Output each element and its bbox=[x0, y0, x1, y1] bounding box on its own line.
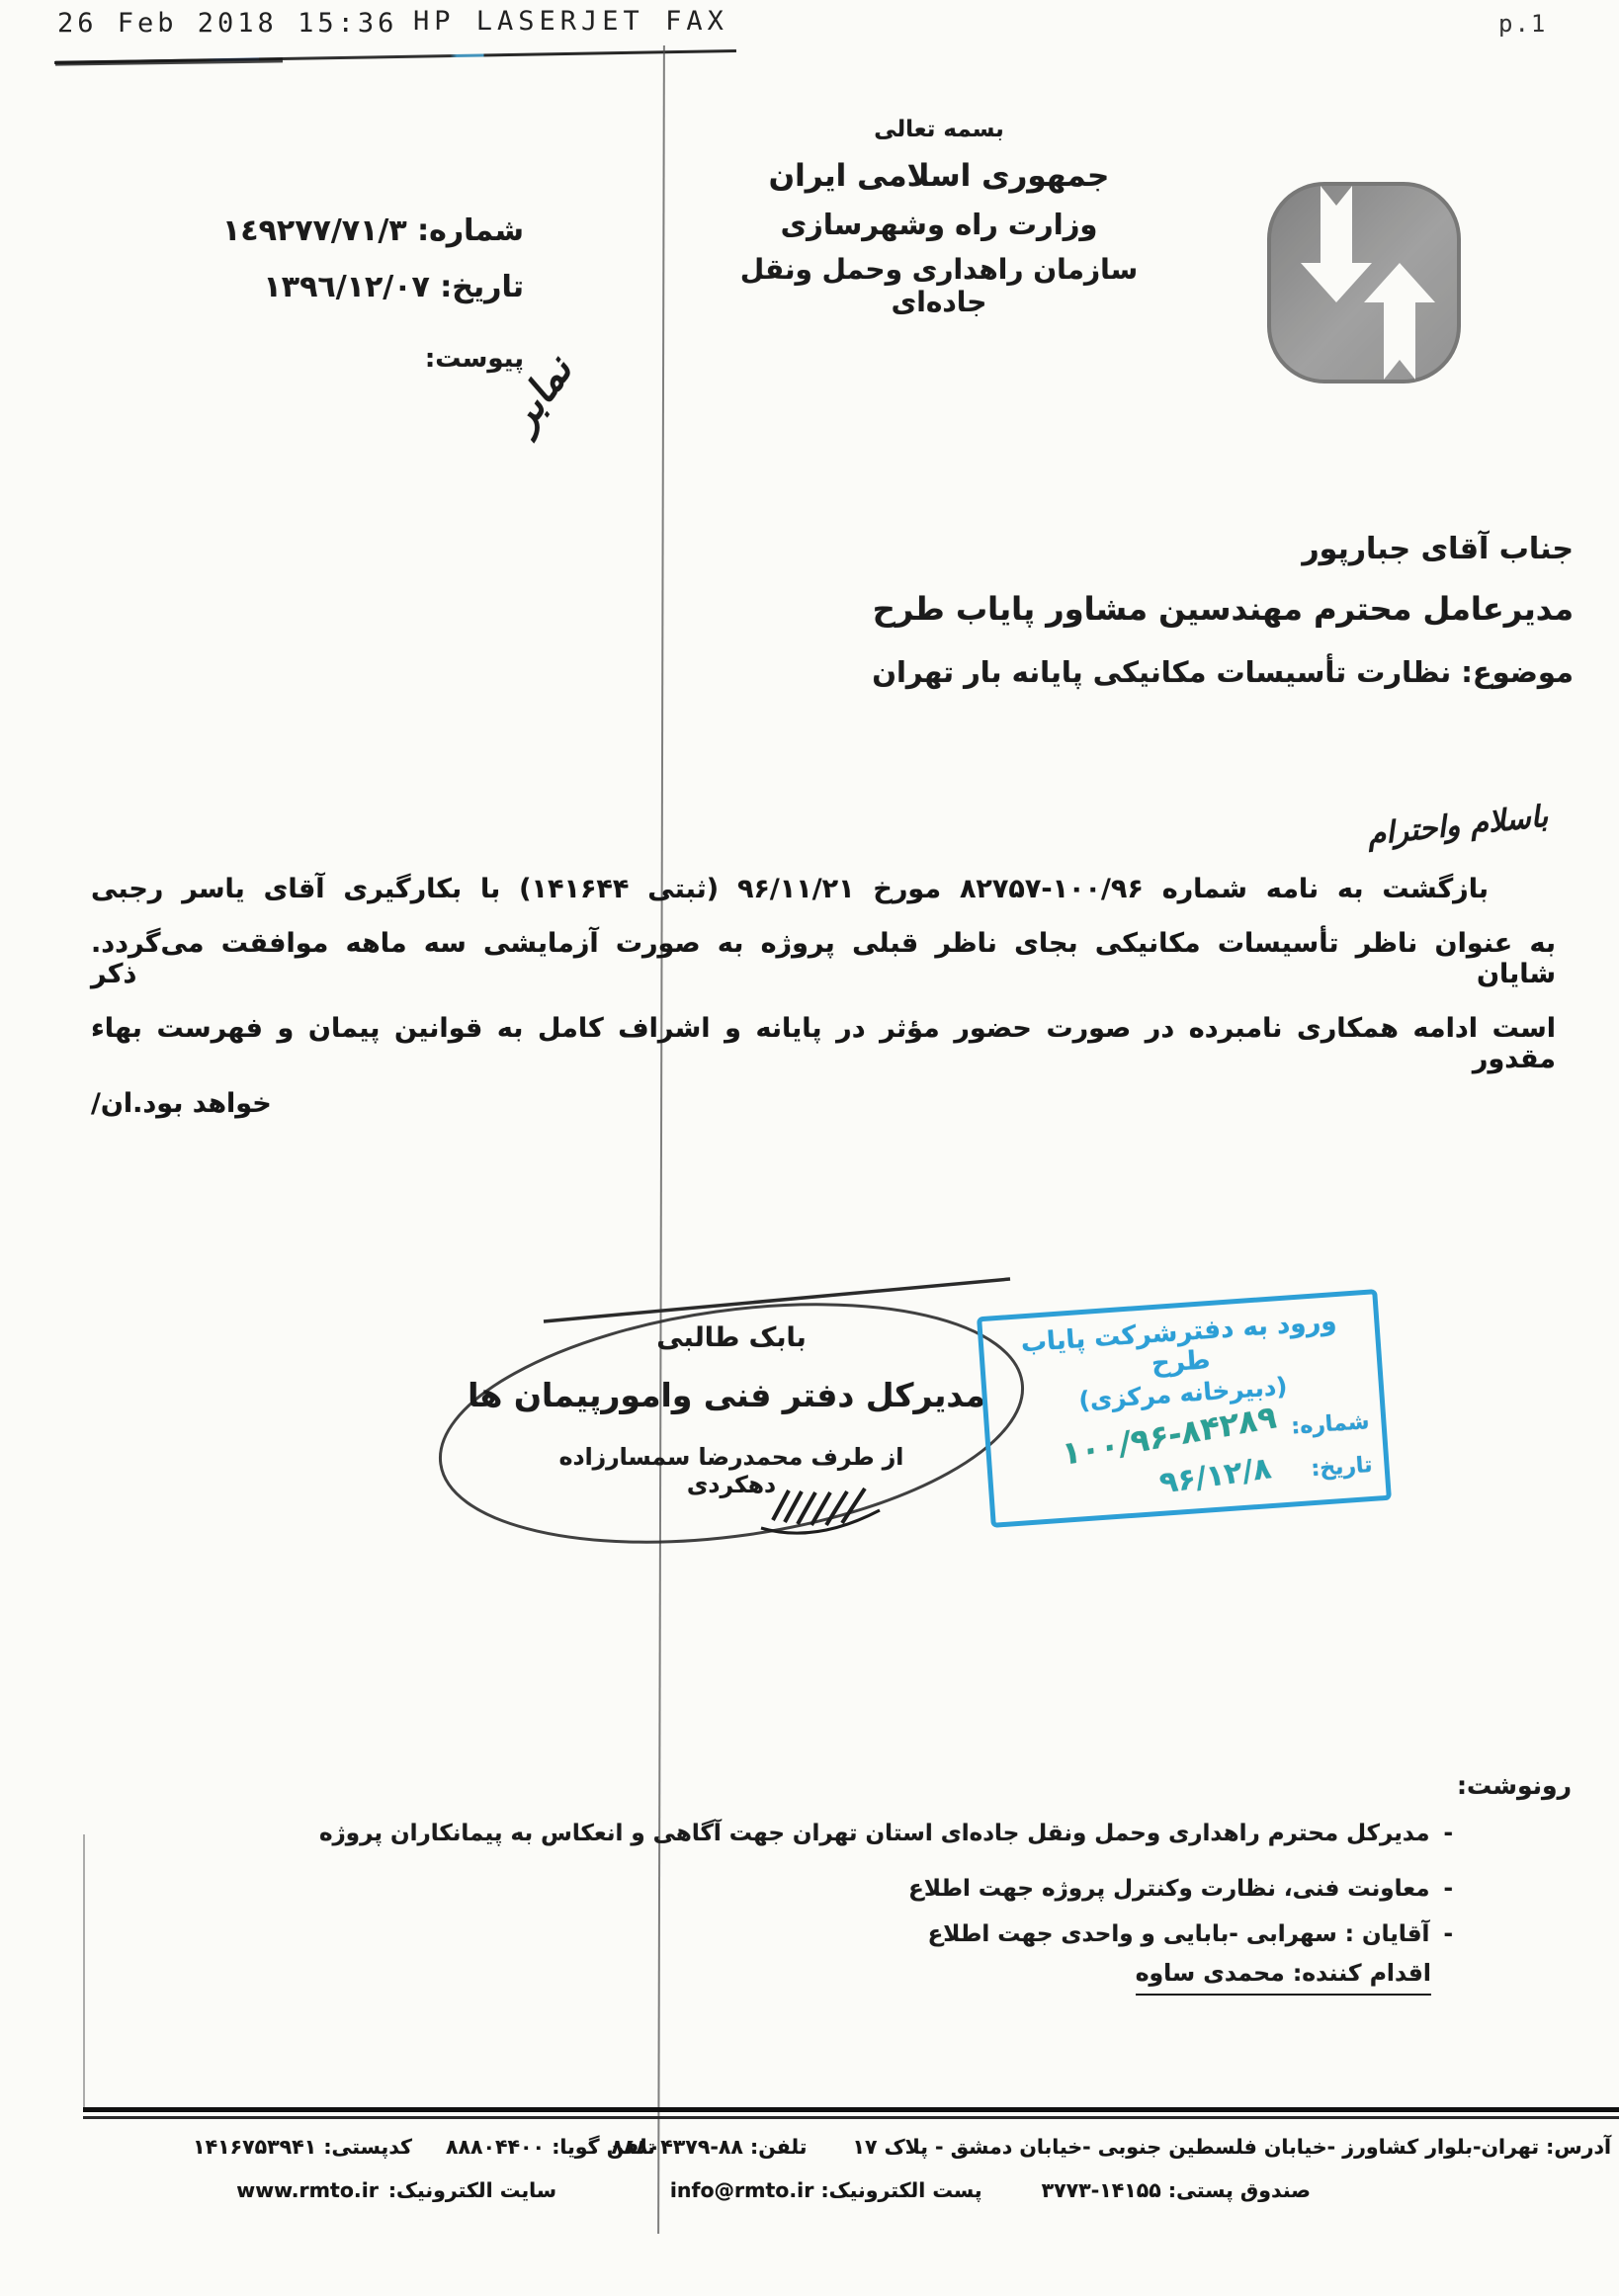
footer-rule-top bbox=[83, 2107, 1619, 2112]
cc-label: رونوشت: bbox=[1457, 1771, 1572, 1800]
cc-bullet: - bbox=[1443, 1821, 1453, 1846]
fax-document-page: 26 Feb 2018 15:36 HP LASERJET FAX p.1 بس… bbox=[0, 0, 1619, 2296]
organization-name: سازمان راهداری وحمل ونقل جاده‌ای bbox=[726, 253, 1151, 318]
country-name: جمهوری اسلامی ایران bbox=[726, 158, 1151, 194]
cc-bullet: - bbox=[1443, 1876, 1453, 1902]
body-line-2: به عنوان ناظر تأسیسات مکانیکی بجای ناظر … bbox=[91, 928, 1556, 989]
footer-email-label: پست الکترونیک: bbox=[820, 2178, 981, 2202]
recipient-name: جناب آقای جبارپور bbox=[486, 532, 1574, 566]
attachment-label: پیوست: bbox=[138, 344, 524, 374]
footer-address-row: آدرس: تهران-بلوار کشاورز -خیابان فلسطین … bbox=[611, 2135, 1611, 2159]
letter-meta: شماره: ١٤٩٢٧٧/٧١/٣ تاریخ: ١٣٩٦/١٢/٠٧ پیو… bbox=[138, 213, 524, 374]
stamp-number-label: شماره: bbox=[1291, 1408, 1371, 1438]
cc-item-text: آقایان : سهرابی -بابایی و واحدی جهت اطلا… bbox=[928, 1921, 1430, 1947]
footer-website-label: سایت الکترونیک: bbox=[388, 2178, 556, 2202]
stamp-date-label: تاریخ: bbox=[1311, 1453, 1374, 1482]
signatory-name: بابک طالبی bbox=[593, 1322, 870, 1353]
pen-line bbox=[544, 1279, 1010, 1321]
subject-line: موضوع: نظارت تأسیسات مکانیکی پایانه بار … bbox=[486, 655, 1574, 689]
signatory-position: مدیرکل دفتر فنی وامورپیمان ها bbox=[450, 1376, 1003, 1414]
signed-on-behalf: از طرف محمدرضا سمسارزاده دهکردی bbox=[514, 1443, 949, 1498]
letter-number: شماره: ١٤٩٢٧٧/٧١/٣ bbox=[138, 213, 524, 248]
fax-device-name: HP LASERJET FAX bbox=[413, 6, 728, 37]
footer-website-row: سایت الکترونیک: www.rmto.ir bbox=[236, 2178, 556, 2202]
letter-date: تاریخ: ١٣٩٦/١٢/٠٧ bbox=[138, 270, 524, 304]
body-line-3: است ادامه همکاری نامبرده در صورت حضور مؤ… bbox=[91, 1013, 1556, 1074]
scan-smudge-blob bbox=[55, 57, 283, 65]
rmto-logo-icon bbox=[1265, 178, 1463, 387]
footer-postal-code: کدپستی: ۱۴۱۶۷۵۳۹۴۱ bbox=[193, 2135, 412, 2159]
cc-item-text: مدیرکل محترم راهداری وحمل ونقل جاده‌ای ا… bbox=[319, 1821, 1430, 1846]
footer-rule-bottom bbox=[83, 2116, 1619, 2119]
cc-item: - آقایان : سهرابی -بابایی و واحدی جهت اط… bbox=[928, 1921, 1453, 1947]
body-line-1: بازگشت به نامه شماره ۱۰۰/۹۶-۸۲۷۵۷ مورخ ۹… bbox=[91, 874, 1556, 904]
body-line-4: خواهد بود.ان/ bbox=[91, 1088, 1556, 1119]
bismillah-text: بسمه تعالی bbox=[726, 117, 1151, 142]
footer-voicephone-row: تلفن گویا: ۸۸۸۰۴۴۰۰ کدپستی: ۱۴۱۶۷۵۳۹۴۱ bbox=[193, 2135, 655, 2159]
cc-item: - معاونت فنی، نظارت وکنترل پروژه جهت اطل… bbox=[908, 1876, 1453, 1902]
footer-pobox: صندوق پستی: ۱۴۱۵۵-۳۷۷۳ bbox=[1042, 2178, 1311, 2202]
footer-email-value: info@rmto.ir bbox=[670, 2178, 813, 2202]
footer-email-group: پست الکترونیک: info@rmto.ir bbox=[670, 2178, 982, 2202]
footer-pobox-row: صندوق پستی: ۱۴۱۵۵-۳۷۷۳ پست الکترونیک: in… bbox=[670, 2178, 1311, 2202]
stamp-date-handwritten: ۹۶/۱۲/۸ bbox=[1157, 1451, 1273, 1500]
left-margin-line bbox=[83, 1834, 85, 2109]
letter-body: بازگشت به نامه شماره ۱۰۰/۹۶-۸۲۷۵۷ مورخ ۹… bbox=[91, 874, 1556, 1119]
recipient-block: جناب آقای جبارپور مدیرعامل محترم مهندسین… bbox=[486, 532, 1574, 689]
action-by-line: اقدام کننده: محمدی ساوه bbox=[1136, 1959, 1431, 1996]
fax-datetime: 26 Feb 2018 15:36 bbox=[57, 8, 397, 39]
ministry-name: وزارت راه وشهرسازی bbox=[726, 208, 1151, 241]
footer-voice-phone: تلفن گویا: ۸۸۸۰۴۴۰۰ bbox=[446, 2135, 655, 2159]
fold-line bbox=[657, 45, 665, 2234]
letterhead: بسمه تعالی جمهوری اسلامی ایران وزارت راه… bbox=[726, 117, 1151, 318]
salutation-script: باسلام واحترام bbox=[1365, 800, 1549, 853]
pen-oval bbox=[425, 1271, 1038, 1562]
fax-page-number: p.1 bbox=[1498, 10, 1547, 38]
footer-website-value: www.rmto.ir bbox=[236, 2178, 379, 2202]
cc-bullet: - bbox=[1443, 1921, 1453, 1947]
cc-item: - مدیرکل محترم راهداری وحمل ونقل جاده‌ای… bbox=[319, 1821, 1453, 1846]
recipient-title: مدیرعامل محترم مهندسین مشاور پایاب طرح bbox=[486, 590, 1574, 628]
footer-address: آدرس: تهران-بلوار کشاورز -خیابان فلسطین … bbox=[853, 2135, 1612, 2159]
receipt-stamp: ورود به دفترشرکت پایاب طرح (دبیرخانه مرک… bbox=[977, 1289, 1392, 1528]
cc-item-text: معاونت فنی، نظارت وکنترل پروژه جهت اطلاع bbox=[908, 1876, 1429, 1902]
